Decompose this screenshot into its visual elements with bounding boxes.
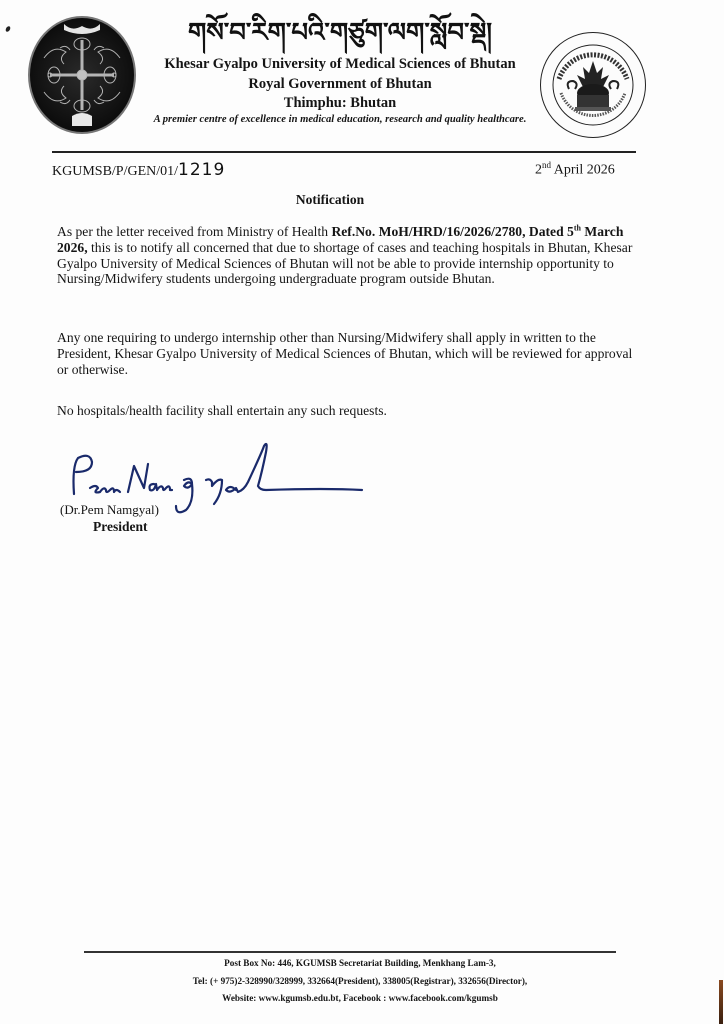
reference-prefix: KGUMSB/P/GEN/01/ bbox=[52, 164, 178, 179]
signatory-title: President bbox=[93, 519, 148, 535]
government-name: Royal Government of Bhutan bbox=[140, 76, 540, 93]
paragraph-2: Any one requiring to undergo internship … bbox=[57, 330, 647, 377]
footer-web: Website: www.kgumsb.edu.bt, Facebook : w… bbox=[80, 993, 640, 1003]
ink-speck bbox=[5, 25, 11, 32]
ministry-reference-sup: th bbox=[574, 223, 581, 232]
tagline: A premier centre of excellence in medica… bbox=[120, 114, 560, 125]
letter-date: 2nd April 2026 bbox=[535, 160, 615, 179]
paragraph-3: No hospitals/health facility shall enter… bbox=[57, 403, 647, 419]
paragraph-1: As per the letter received from Ministry… bbox=[57, 224, 647, 287]
date-suffix: nd bbox=[542, 160, 551, 170]
footer-phones: Tel: (+ 975)2-328990/328999, 332664(Pres… bbox=[80, 976, 640, 986]
header-divider bbox=[52, 151, 636, 153]
signatory-name: (Dr.Pem Namgyal) bbox=[60, 502, 159, 518]
paragraph-1-intro: As per the letter received from Ministry… bbox=[57, 224, 331, 239]
footer-divider bbox=[84, 951, 616, 953]
organization-name: Khesar Gyalpo University of Medical Scie… bbox=[140, 56, 540, 73]
notification-title: Notification bbox=[0, 192, 660, 208]
reference-number: KGUMSB/P/GEN/01/1219 bbox=[52, 160, 225, 180]
footer-address: Post Box No: 446, KGUMSB Secretariat Bui… bbox=[80, 958, 640, 968]
university-seal-icon bbox=[540, 32, 646, 138]
ministry-reference: Ref.No. MoH/HRD/16/2026/2780, Dated 5 bbox=[331, 224, 573, 239]
date-day: 2 bbox=[535, 163, 542, 178]
location: Thimphu: Bhutan bbox=[140, 95, 540, 112]
paragraph-1-body: this is to notify all concerned that due… bbox=[57, 240, 632, 287]
date-rest: April 2026 bbox=[554, 163, 615, 178]
page-edge-shadow bbox=[719, 980, 723, 1024]
handwritten-number: 1219 bbox=[178, 160, 225, 180]
